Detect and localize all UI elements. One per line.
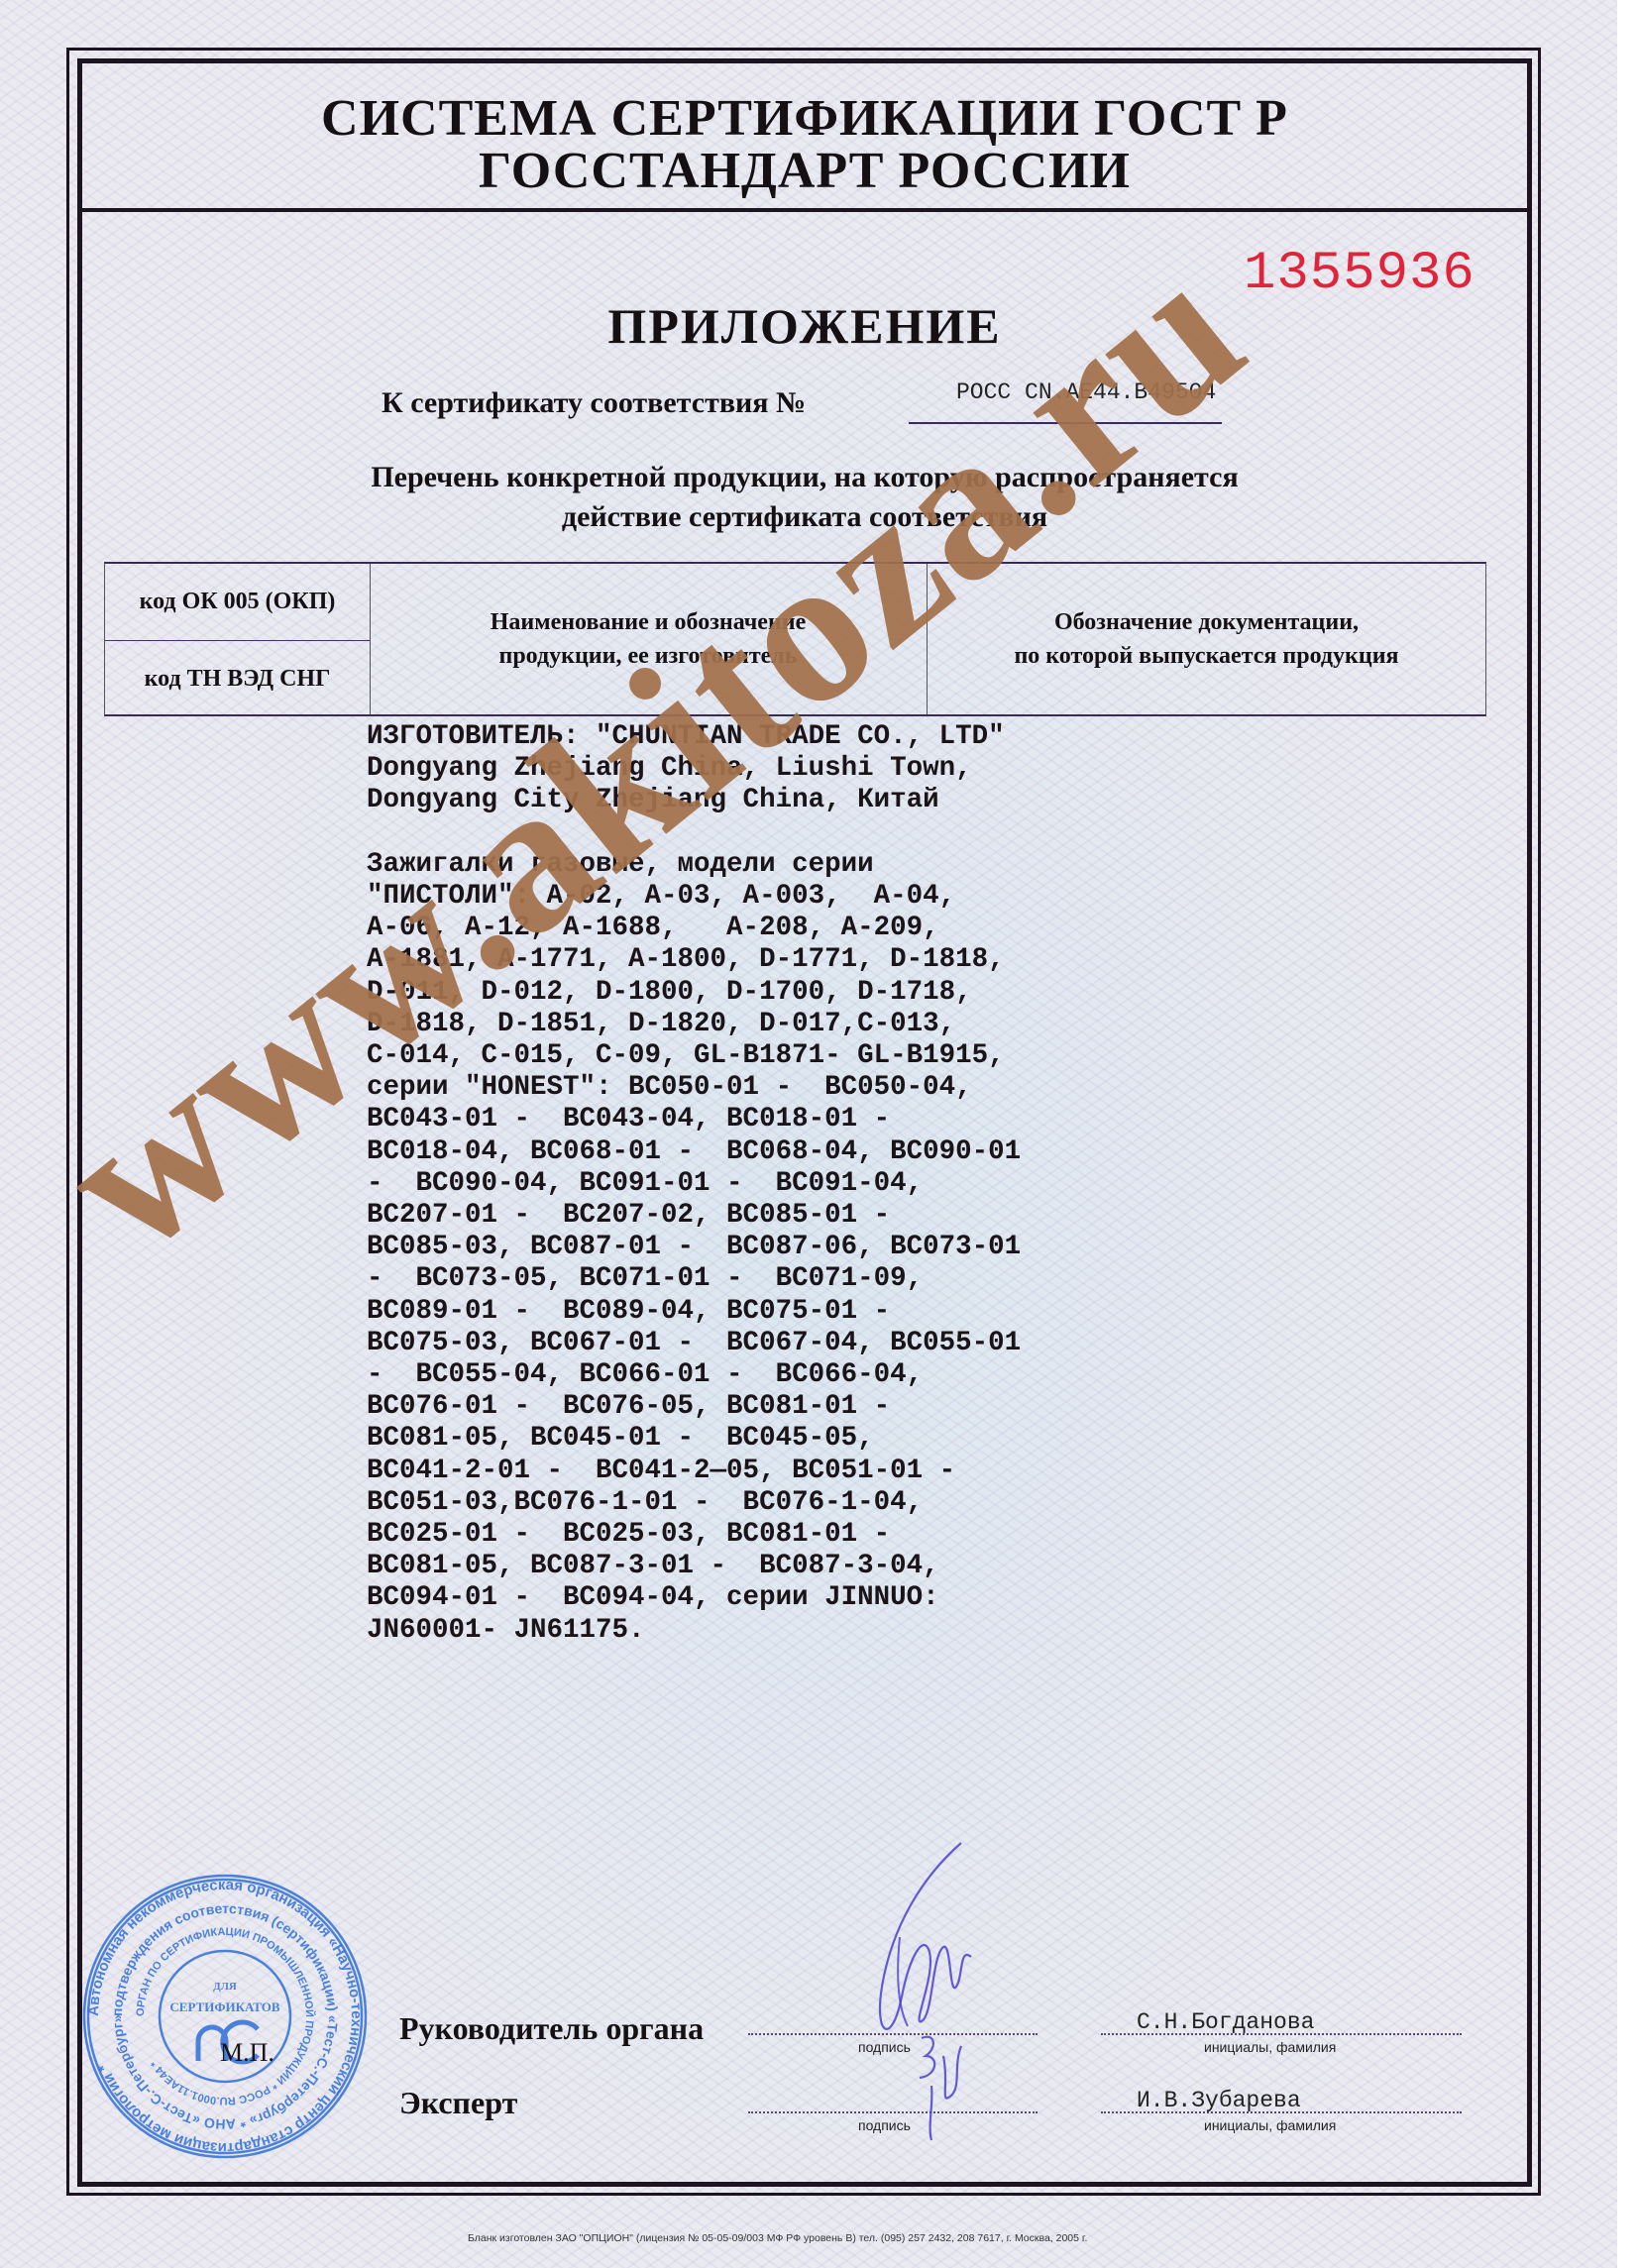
- seal-mark: М.П.: [220, 2038, 274, 2067]
- documentation-header-line2: по которой выпускается продукция: [1014, 639, 1398, 673]
- code-column: код ОК 005 (ОКП) код ТН ВЭД СНГ: [105, 564, 371, 714]
- head-of-body-label: Руководитель органа: [399, 2010, 704, 2047]
- stamp-center-line1: ДЛЯ: [213, 1981, 237, 1993]
- svg-text:ОРГАН ПО СЕРТИФИКАЦИИ ПРОМЫШЛЕ: ОРГАН ПО СЕРТИФИКАЦИИ ПРОМЫШЛЕННОЙ ПРОДУ…: [135, 1926, 316, 2106]
- svg-text:Автономная некоммерческая орга: Автономная некоммерческая организация «Н…: [85, 1877, 365, 2156]
- tnved-code-cell: код ТН ВЭД СНГ: [105, 641, 370, 716]
- system-title-line1: СИСТЕМА СЕРТИФИКАЦИИ ГОСТ Р: [77, 89, 1532, 149]
- certification-stamp: Автономная некоммерческая организация «Н…: [81, 1873, 369, 2160]
- annex-title: ПРИЛОЖЕНИЕ: [77, 297, 1532, 355]
- head-name: С.Н.Богданова: [1137, 2009, 1314, 2035]
- serial-number: 1355936: [1244, 244, 1475, 304]
- okp-code-cell: код ОК 005 (ОКП): [105, 564, 370, 641]
- header-divider: [77, 208, 1532, 212]
- stamp-outer-ring-text: Автономная некоммерческая организация «Н…: [85, 1877, 365, 2156]
- okp-code-label: код ОК 005 (ОКП): [140, 589, 336, 615]
- expert-label: Эксперт: [399, 2085, 517, 2121]
- documentation-header-line1: Обозначение документации,: [1014, 605, 1398, 639]
- system-title-line2: ГОССТАНДАРТ РОССИИ: [77, 142, 1532, 201]
- certificate-label: К сертификату соответствия №: [382, 386, 806, 420]
- tnved-code-label: код ТН ВЭД СНГ: [145, 666, 331, 693]
- stamp-inner-ring-text: ОРГАН ПО СЕРТИФИКАЦИИ ПРОМЫШЛЕННОЙ ПРОДУ…: [135, 1926, 316, 2106]
- form-print-info: Бланк изготовлен ЗАО "ОПЦИОН" (лицензия …: [468, 2232, 1087, 2244]
- stamp-center-line2: СЕРТИФИКАТОВ: [169, 1999, 280, 2014]
- expert-handwritten-signature: [892, 2026, 981, 2145]
- expert-name-caption: инициалы, фамилия: [1204, 2117, 1336, 2133]
- head-name-caption: инициалы, фамилия: [1204, 2039, 1336, 2055]
- expert-name: И.В.Зубарева: [1137, 2088, 1301, 2113]
